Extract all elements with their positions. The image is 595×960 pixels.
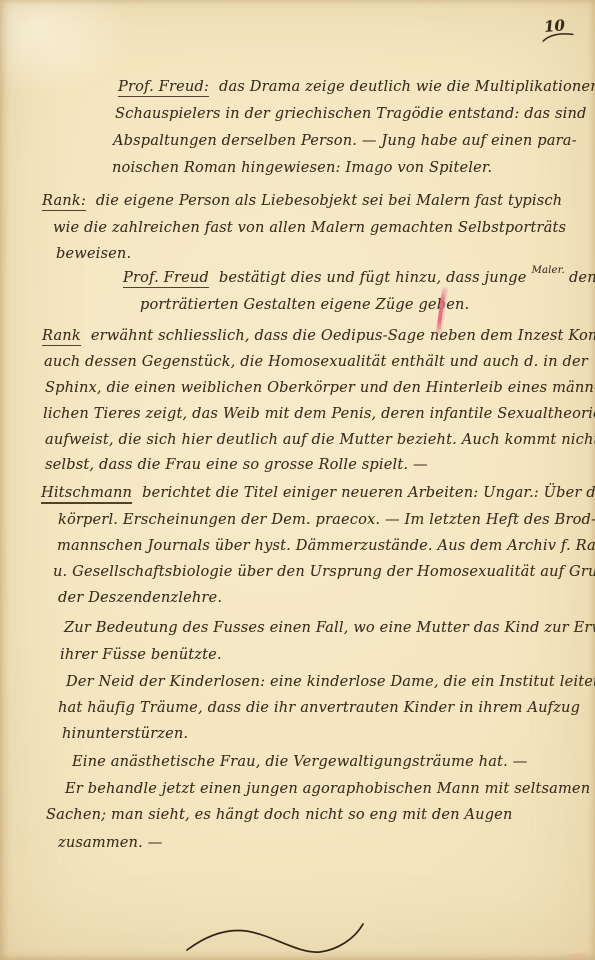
manuscript-line: Abspaltungen derselben Person. — Jung ha… <box>113 134 577 149</box>
line-text: das Drama zeige deutlich wie die Multipl… <box>219 79 595 95</box>
manuscript-line: noischen Roman hingewiesen: Imago von Sp… <box>112 161 492 176</box>
manuscript-line: beweisen. <box>56 247 131 262</box>
line-text: Schauspielers in der griechischen Tragöd… <box>115 106 587 122</box>
manuscript-line: Zur Bedeutung des Fusses einen Fall, wo … <box>64 621 595 636</box>
manuscript-line: Sachen; man sieht, es hängt doch nicht s… <box>46 808 513 823</box>
line-text: Eine anästhetische Frau, die Vergewaltig… <box>72 754 527 770</box>
speaker-rank: Rank: <box>42 193 86 211</box>
line-text: die eigene Person als Liebesobjekt sei b… <box>96 193 562 209</box>
manuscript-line: Prof. Freud:das Drama zeige deutlich wie… <box>118 80 595 95</box>
manuscript-line: wie die zahlreichen fast von allen Maler… <box>53 221 566 236</box>
line-text: den <box>569 270 595 286</box>
line-text: berichtet die Titel einiger neueren Arbe… <box>142 485 595 501</box>
line-text: Zur Bedeutung des Fusses einen Fall, wo … <box>64 620 595 636</box>
line-text: Abspaltungen derselben Person. — Jung ha… <box>113 133 577 149</box>
line-text: ihrer Füsse benützte. <box>60 647 222 663</box>
manuscript-line: hinunterstürzen. <box>62 727 188 742</box>
manuscript-page: 10 Prof. Freud:das Drama zeige deutlich … <box>0 0 595 960</box>
manuscript-line: Rankerwähnt schliesslich, dass die Oedip… <box>42 329 595 344</box>
line-text: Sachen; man sieht, es hängt doch nicht s… <box>46 807 513 823</box>
line-text: hat häufig Träume, dass die ihr anvertra… <box>58 700 580 716</box>
manuscript-line: Prof. Freudbestätigt dies und fügt hinzu… <box>123 271 595 286</box>
manuscript-line: Sphinx, die einen weiblichen Oberkörper … <box>45 381 595 396</box>
line-text: auch dessen Gegenstück, die Homosexualit… <box>44 354 588 370</box>
line-text: der Deszendenzlehre. <box>58 590 222 606</box>
line-text: selbst, dass die Frau eine so grosse Rol… <box>45 457 428 473</box>
manuscript-line: zusammen. — <box>58 836 162 851</box>
manuscript-line: u. Gesellschaftsbiologie über den Urspru… <box>53 565 595 580</box>
line-text: mannschen Journals über hyst. Dämmerzust… <box>57 538 595 554</box>
manuscript-line: Rank:die eigene Person als Liebesobjekt … <box>42 194 562 209</box>
line-text: porträtierten Gestalten eigene Züge gebe… <box>140 297 469 313</box>
manuscript-line: porträtierten Gestalten eigene Züge gebe… <box>140 298 469 313</box>
line-text: Der Neid der Kinderlosen: eine kinderlos… <box>66 674 595 690</box>
manuscript-line: Er behandle jetzt einen jungen agoraphob… <box>65 782 590 797</box>
manuscript-line: ihrer Füsse benützte. <box>60 648 222 663</box>
speaker-prof-freud: Prof. Freud: <box>118 79 209 97</box>
speaker-rank: Rank <box>42 328 81 346</box>
speaker-hitschmann: Hitschmann <box>41 485 132 504</box>
line-text: aufweist, die sich hier deutlich auf die… <box>45 432 595 448</box>
manuscript-line: aufweist, die sich hier deutlich auf die… <box>45 433 595 448</box>
line-text: lichen Tieres zeigt, das Weib mit dem Pe… <box>43 406 595 422</box>
manuscript-line: Schauspielers in der griechischen Tragöd… <box>115 107 587 122</box>
speaker-prof-freud: Prof. Freud <box>123 270 209 288</box>
manuscript-line: Hitschmannberichtet die Titel einiger ne… <box>41 486 595 501</box>
manuscript-line: selbst, dass die Frau eine so grosse Rol… <box>45 458 428 473</box>
manuscript-line: lichen Tieres zeigt, das Weib mit dem Pe… <box>43 407 595 422</box>
line-text: Sphinx, die einen weiblichen Oberkörper … <box>45 380 595 396</box>
line-text: erwähnt schliesslich, dass die Oedipus-S… <box>91 328 595 344</box>
line-text: Er behandle jetzt einen jungen agoraphob… <box>65 781 590 797</box>
page-number: 10 <box>543 16 565 36</box>
manuscript-line: körperl. Erscheinungen der Dem. praecox.… <box>58 513 595 528</box>
line-text: wie die zahlreichen fast von allen Maler… <box>53 220 566 236</box>
line-text: beweisen. <box>56 246 131 262</box>
line-text: bestätigt dies und fügt hinzu, dass jung… <box>219 270 527 286</box>
line-text: zusammen. — <box>58 835 162 851</box>
manuscript-line: Der Neid der Kinderlosen: eine kinderlos… <box>66 675 595 690</box>
manuscript-line: hat häufig Träume, dass die ihr anvertra… <box>58 701 580 716</box>
page-number-underline <box>542 30 575 43</box>
line-text: u. Gesellschaftsbiologie über den Urspru… <box>53 564 595 580</box>
line-text: hinunterstürzen. <box>62 726 188 742</box>
manuscript-line: auch dessen Gegenstück, die Homosexualit… <box>44 355 588 370</box>
manuscript-line: mannschen Journals über hyst. Dämmerzust… <box>57 539 595 554</box>
manuscript-line: der Deszendenzlehre. <box>58 591 222 606</box>
line-text: noischen Roman hingewiesen: Imago von Sp… <box>112 160 492 176</box>
inserted-word: Maler. <box>532 265 565 276</box>
closing-flourish <box>168 908 373 958</box>
manuscript-line: Eine anästhetische Frau, die Vergewaltig… <box>72 755 527 770</box>
line-text: körperl. Erscheinungen der Dem. praecox.… <box>58 512 595 528</box>
